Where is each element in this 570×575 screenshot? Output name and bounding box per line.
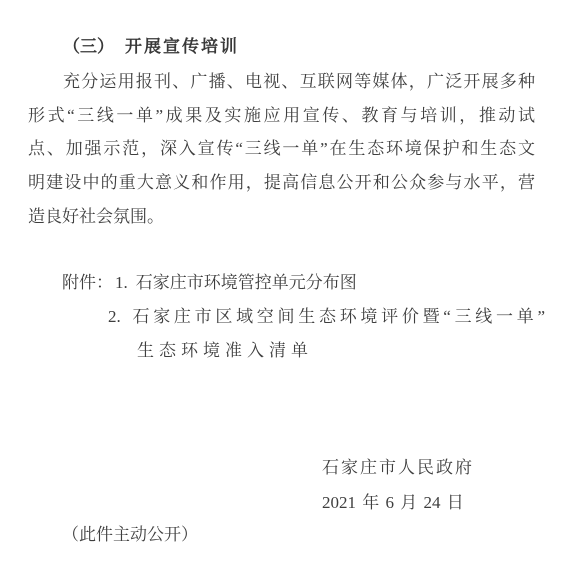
attachment-2-number: 2. [108, 307, 121, 326]
attachment-2-title-line2: 生态环境准入清单 [137, 339, 313, 363]
paragraph-line: 点、加强示范，深入宣传“三线一单”在生态环境保护和生态文 [28, 137, 535, 161]
paragraph-line: 形式“三线一单”成果及实施应用宣传、教育与培训，推动试 [28, 104, 535, 128]
paragraph-line: 明建设中的重大意义和作用，提高信息公开和公众参与水平，营 [28, 171, 535, 195]
attachment-1-title: 石家庄市环境管控单元分布图 [136, 273, 357, 292]
section-heading-number: （三） [63, 37, 114, 56]
section-heading: （三）开展宣传培训 [63, 35, 239, 59]
attachment-item-2: 2.石家庄市区域空间生态环境评价暨“三线一单” [108, 305, 545, 329]
signature-issuer: 石家庄市人民政府 [322, 456, 474, 480]
signature-date: 2021 年 6 月 24 日 [322, 491, 464, 515]
attachment-item-1: 附件：1.石家庄市环境管控单元分布图 [62, 271, 357, 295]
attachments-label: 附件： [62, 273, 113, 292]
attachment-1-number: 1. [115, 273, 128, 292]
attachment-2-title-line1: 石家庄市区域空间生态环境评价暨“三线一单” [129, 307, 545, 326]
paragraph-line: 充分运用报刊、广播、电视、互联网等媒体，广泛开展多种 [63, 70, 535, 94]
scanned-government-document-page: （三）开展宣传培训 充分运用报刊、广播、电视、互联网等媒体，广泛开展多种 形式“… [0, 0, 570, 575]
footer-disclosure-note: （此件主动公开） [62, 523, 198, 547]
paragraph-line: 造良好社会氛围。 [28, 205, 164, 229]
section-heading-title: 开展宣传培训 [125, 37, 239, 56]
